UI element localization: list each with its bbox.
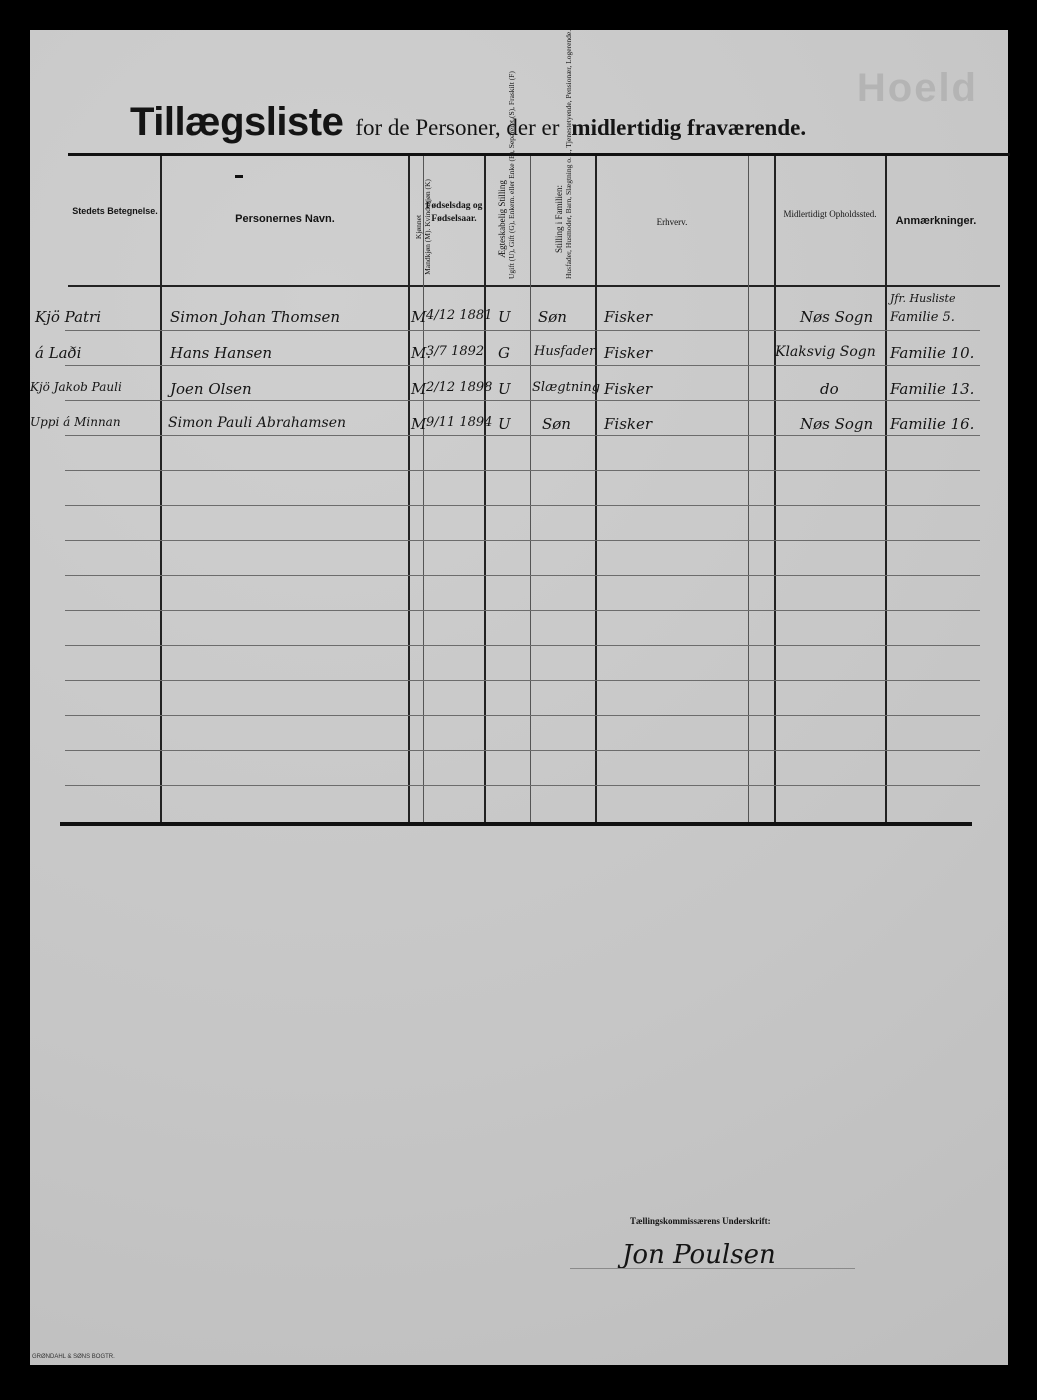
cell-erhverv: Fisker xyxy=(604,415,652,433)
cell-aegt: G xyxy=(498,344,510,362)
header-rule xyxy=(68,285,1000,287)
cell-opholdssted: do xyxy=(820,380,839,398)
row-line xyxy=(65,645,980,646)
row-line xyxy=(65,575,980,576)
cell-navn: Hans Hansen xyxy=(170,344,272,362)
row-line xyxy=(65,470,980,471)
signature-line xyxy=(570,1268,855,1269)
header-aegteskabelig-stilling: Ægteskabelig Stilling Ugift (U), Gift (G… xyxy=(498,159,516,279)
cell-anm: Familie 5. xyxy=(890,310,955,325)
cell-fodsel: 3/7 1892 xyxy=(426,344,484,359)
cell-opholdssted: Nøs Sogn xyxy=(800,308,873,326)
form-title: Tillægsliste for de Personer, der er mid… xyxy=(130,100,806,145)
row-line xyxy=(65,785,980,786)
cell-sted: Kjö Patri xyxy=(35,308,101,326)
column-divider xyxy=(748,156,749,826)
cell-anm: Familie 13. xyxy=(890,380,974,398)
header-anmaerkninger: Anmærkninger. xyxy=(886,215,986,228)
bleed-through-text: Hoeld xyxy=(857,66,978,111)
cell-erhverv: Fisker xyxy=(604,380,652,398)
header-personernes-navn: Personernes Navn. xyxy=(162,213,408,226)
cell-fodsel: 4/12 1881 xyxy=(426,308,492,323)
cell-stilling: Søn xyxy=(542,415,571,433)
top-rule xyxy=(68,153,1010,156)
column-divider xyxy=(595,156,597,826)
row-line xyxy=(65,680,980,681)
header-fodselsdag: Fødselsdag og Fødselsaar. xyxy=(424,200,484,226)
cell-opholdssted: Klaksvig Sogn xyxy=(775,344,876,360)
cell-navn: Joen Olsen xyxy=(170,380,252,398)
cell-kjon: M xyxy=(411,415,426,433)
column-divider xyxy=(885,156,887,826)
header-kjonnet: Kjønnet Mandkjøn (M). Kvindekjøn (K) xyxy=(414,167,432,287)
row-line xyxy=(65,400,980,401)
title-subtitle: for de Personer, der er xyxy=(355,115,559,140)
row-line xyxy=(65,540,980,541)
cell-aegt: U xyxy=(498,380,511,398)
title-subtitle-bold: midlertidig fraværende. xyxy=(571,115,806,140)
row-line xyxy=(65,610,980,611)
row-line xyxy=(65,330,980,331)
cell-anm-note: Jfr. Husliste xyxy=(890,292,955,305)
row-line xyxy=(65,435,980,436)
cell-stilling: Søn xyxy=(538,308,567,326)
header-stilling-familien: Stilling i Familien: Husfader, Husmoder,… xyxy=(555,159,573,279)
signature: Jon Poulsen xyxy=(622,1240,776,1270)
column-divider xyxy=(530,156,531,826)
header-opholdssted: Midlertidigt Opholdssted. xyxy=(776,208,884,221)
row-line xyxy=(65,750,980,751)
cell-aegt: U xyxy=(498,308,511,326)
printer-imprint: GRØNDAHL & SØNS BOGTR. xyxy=(32,1354,115,1360)
title-main: Tillægsliste xyxy=(130,100,343,144)
cell-fodsel: 2/12 1898 xyxy=(426,380,492,395)
cell-opholdssted: Nøs Sogn xyxy=(800,415,873,433)
cell-sted: Uppi á Minnan xyxy=(30,415,121,429)
row-line xyxy=(65,365,980,366)
census-form-page: Hoeld Tillægsliste for de Personer, der … xyxy=(30,30,1008,1365)
row-line xyxy=(65,715,980,716)
header-stedets-betegnelse: Stedets Betegnelse. xyxy=(70,205,160,218)
cell-kjon: M xyxy=(411,308,426,326)
row-line xyxy=(65,505,980,506)
cell-anm: Familie 16. xyxy=(890,415,974,433)
cell-fodsel: 9/11 1894 xyxy=(426,415,492,430)
cell-anm: Familie 10. xyxy=(890,344,974,362)
cell-stilling: Husfader xyxy=(534,344,595,359)
cell-erhverv: Fisker xyxy=(604,344,652,362)
cell-aegt: U xyxy=(498,415,511,433)
column-divider xyxy=(160,156,162,826)
header-dash xyxy=(235,175,243,178)
bottom-rule xyxy=(60,822,972,826)
signature-label: Tællingskommissærens Underskrift: xyxy=(630,1216,771,1226)
cell-stilling: Slægtning xyxy=(532,380,600,395)
column-divider xyxy=(484,156,486,826)
cell-sted: Kjö Jakob Pauli xyxy=(30,380,122,394)
cell-sted: á Laði xyxy=(35,344,81,362)
cell-kjon: M xyxy=(411,380,426,398)
header-erhverv: Erhverv. xyxy=(596,216,748,229)
column-divider xyxy=(408,156,410,826)
cell-erhverv: Fisker xyxy=(604,308,652,326)
cell-navn: Simon Pauli Abrahamsen xyxy=(168,415,346,431)
cell-navn: Simon Johan Thomsen xyxy=(170,308,340,326)
column-divider xyxy=(774,156,776,826)
